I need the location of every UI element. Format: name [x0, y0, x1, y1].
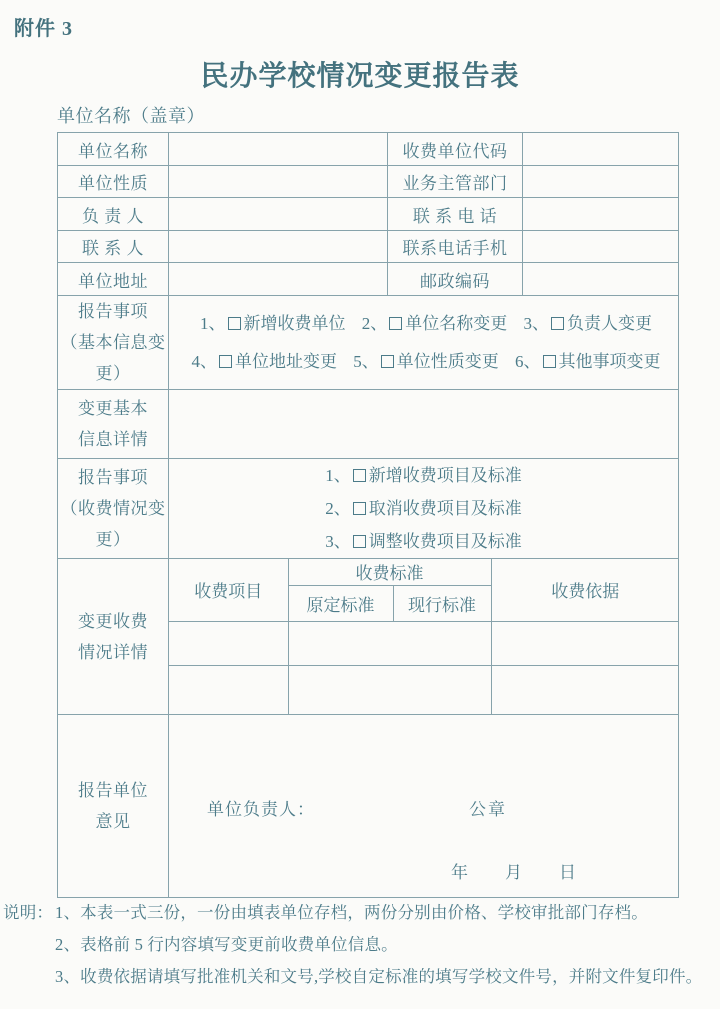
table-row: 报告事项 （基本信息变 更） 1、新增收费单位 2、单位名称变更 3、负责人变更…: [58, 296, 679, 390]
fee-change-option: 3、调整收费项目及标准: [169, 525, 678, 558]
contact-mobile-value-cell: [523, 231, 679, 263]
charging-unit-code-value-cell: [523, 133, 679, 166]
table-row: 单位名称 收费单位代码: [58, 133, 679, 166]
unit-address-label: 单位地址: [58, 263, 169, 296]
table-row: 报告事项 （收费情况变 更） 1、新增收费项目及标准 2、取消收费项目及标准 3…: [58, 459, 679, 559]
unit-head-signature-label: 单位负责人：: [207, 795, 315, 820]
charging-unit-code-label: 收费单位代码: [388, 133, 523, 166]
page-title: 民办学校情况变更报告表: [0, 54, 720, 94]
basic-detail-section-label: 变更基本 信息详情: [58, 390, 169, 459]
checkbox-icon: [381, 355, 394, 368]
supervisory-department-value-cell: [523, 166, 679, 198]
checkbox-icon: [353, 502, 366, 515]
supervisory-department-label: 业务主管部门: [388, 166, 523, 198]
official-seal-label: 公章: [469, 795, 507, 820]
table-row: 单位地址 邮政编码: [58, 263, 679, 296]
postal-code-value-cell: [523, 263, 679, 296]
fee-detail-table: 收费项目 收费标准 收费依据 原定标准 现行标准: [169, 559, 679, 714]
fee-change-option: 1、新增收费项目及标准: [169, 459, 678, 492]
opinion-section-label: 报告单位 意见: [58, 715, 169, 898]
unit-name-seal-label: 单位名称（盖章）: [57, 102, 205, 128]
fee-basis-value-cell: [491, 665, 679, 714]
fee-detail-section-label: 变更收费 情况详情: [58, 559, 169, 715]
checkbox-icon: [353, 535, 366, 548]
table-row: [169, 665, 679, 714]
date-line-label: 年 月 日: [451, 858, 577, 883]
table-row: [169, 621, 679, 665]
fee-standard-value-cell: [288, 665, 491, 714]
contact-mobile-label: 联系电话手机: [388, 231, 523, 263]
unit-nature-value-cell: [169, 166, 388, 198]
footnote-line: 说明： 1、本表一式三份，一份由填表单位存档，两份分别由价格、学校审批部门存档。: [3, 897, 719, 929]
table-row: 收费项目 收费标准 收费依据: [169, 559, 679, 585]
postal-code-label: 邮政编码: [388, 263, 523, 296]
table-row: 变更基本 信息详情: [58, 390, 679, 459]
original-standard-header: 原定标准: [288, 585, 393, 621]
fee-basis-header: 收费依据: [491, 559, 679, 621]
contact-person-value-cell: [169, 231, 388, 263]
fee-standard-header: 收费标准: [288, 559, 491, 585]
fee-detail-table-cell: 收费项目 收费标准 收费依据 原定标准 现行标准: [169, 559, 679, 715]
contact-person-label: 联 系 人: [58, 231, 169, 263]
basic-change-option: 2、单位名称变更: [362, 314, 508, 333]
table-row: 报告单位 意见 单位负责人： 公章 年 月 日: [58, 715, 679, 898]
basic-change-option: 5、单位性质变更: [353, 352, 499, 371]
person-in-charge-value-cell: [169, 198, 388, 231]
current-standard-header: 现行标准: [393, 585, 491, 621]
unit-nature-label: 单位性质: [58, 166, 169, 198]
form-document-page: 附件 3 民办学校情况变更报告表 单位名称（盖章） 单位名称 收费单位代码 单位…: [0, 0, 720, 1009]
checkbox-icon: [228, 317, 241, 330]
table-row: 负 责 人 联 系 电 话: [58, 198, 679, 231]
footnote-line: 2、表格前 5 行内容填写变更前收费单位信息。: [3, 929, 719, 961]
basic-change-option: 6、其他事项变更: [515, 352, 661, 371]
contact-phone-label: 联 系 电 话: [388, 198, 523, 231]
fee-standard-value-cell: [288, 621, 491, 665]
footnote-text: 1、本表一式三份，一份由填表单位存档，两份分别由价格、学校审批部门存档。: [55, 897, 648, 929]
basic-change-section-label: 报告事项 （基本信息变 更）: [58, 296, 169, 390]
unit-name-value-cell: [169, 133, 388, 166]
checkbox-icon: [389, 317, 402, 330]
attachment-label: 附件 3: [14, 12, 73, 41]
table-row: 变更收费 情况详情 收费项目 收费标准 收费依据 原定标准 现行标准: [58, 559, 679, 715]
opinion-content-cell: 单位负责人： 公章 年 月 日: [169, 715, 679, 898]
fee-item-header: 收费项目: [169, 559, 288, 621]
basic-change-option: 4、单位地址变更: [192, 352, 338, 371]
fee-basis-value-cell: [491, 621, 679, 665]
checkbox-icon: [551, 317, 564, 330]
basic-change-option: 1、新增收费单位: [200, 314, 346, 333]
person-in-charge-label: 负 责 人: [58, 198, 169, 231]
checkbox-icon: [543, 355, 556, 368]
checkbox-icon: [353, 469, 366, 482]
basic-change-options-cell: 1、新增收费单位 2、单位名称变更 3、负责人变更 4、单位地址变更 5、单位性…: [169, 296, 679, 390]
basic-change-option: 3、负责人变更: [524, 314, 653, 333]
fee-change-section-label: 报告事项 （收费情况变 更）: [58, 459, 169, 559]
notes-heading: 说明：: [3, 897, 55, 929]
fee-item-value-cell: [169, 665, 288, 714]
contact-phone-value-cell: [523, 198, 679, 231]
unit-name-label: 单位名称: [58, 133, 169, 166]
footnotes: 说明： 1、本表一式三份，一份由填表单位存档，两份分别由价格、学校审批部门存档。…: [3, 897, 719, 993]
fee-item-value-cell: [169, 621, 288, 665]
unit-address-value-cell: [169, 263, 388, 296]
fee-change-option: 2、取消收费项目及标准: [169, 492, 678, 525]
report-form-table: 单位名称 收费单位代码 单位性质 业务主管部门 负 责 人 联 系 电 话 联 …: [57, 132, 679, 898]
footnote-line: 3、收费依据请填写批准机关和文号,学校自定标准的填写学校文件号，并附文件复印件。: [3, 961, 719, 993]
fee-change-options-cell: 1、新增收费项目及标准 2、取消收费项目及标准 3、调整收费项目及标准: [169, 459, 679, 559]
table-row: 联 系 人 联系电话手机: [58, 231, 679, 263]
basic-detail-value-cell: [169, 390, 679, 459]
checkbox-icon: [219, 355, 232, 368]
table-row: 单位性质 业务主管部门: [58, 166, 679, 198]
